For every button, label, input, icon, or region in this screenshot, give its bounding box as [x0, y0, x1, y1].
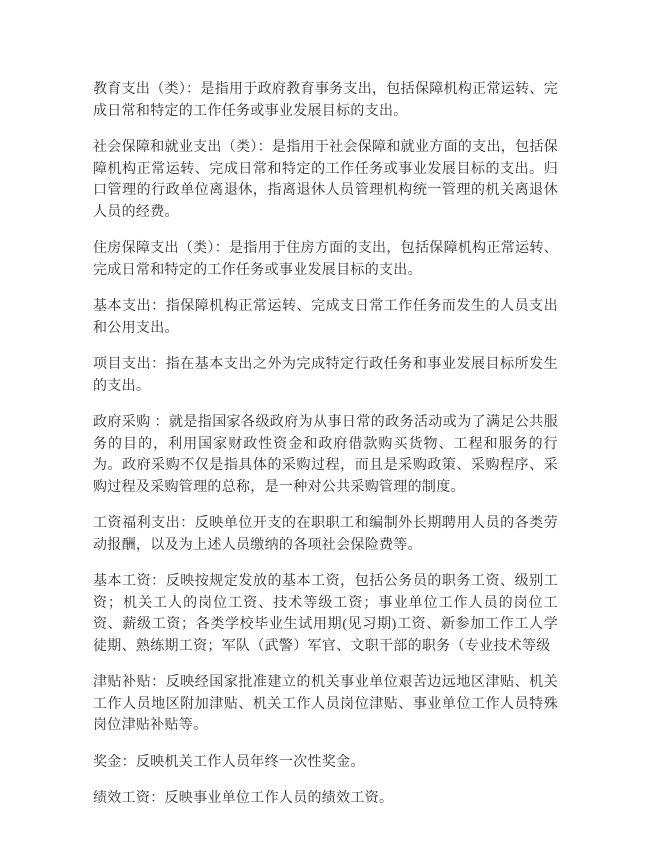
document-page: 教育支出（类）：是指用于政府教育事务支出，包括保障机构正常运转、完成日常和特定的…	[0, 0, 652, 844]
paragraph-social-security-employment-expenditure: 社会保障和就业支出（类）：是指用于社会保障和就业方面的支出，包括保障机构正常运转…	[93, 137, 558, 223]
paragraph-allowance-subsidy: 津贴补贴：反映经国家批准建立的机关事业单位艰苦边远地区津贴、机关工作人员地区附加…	[93, 672, 558, 737]
paragraph-wage-welfare-expenditure: 工资福利支出：反映单位开支的在职职工和编制外长期聘用人员的各类劳动报酬，以及为上…	[93, 513, 558, 556]
paragraph-basic-expenditure: 基本支出：指保障机构正常运转、完成支日常工作任务而发生的人员支出和公用支出。	[93, 296, 558, 339]
paragraph-bonus: 奖金：反映机关工作人员年终一次性奖金。	[93, 752, 558, 774]
paragraph-education-expenditure: 教育支出（类）：是指用于政府教育事务支出，包括保障机构正常运转、完成日常和特定的…	[93, 79, 558, 122]
paragraph-performance-wage: 绩效工资：反映事业单位工作人员的绩效工资。	[93, 788, 558, 810]
paragraph-housing-security-expenditure: 住房保障支出（类）：是指用于住房方面的支出，包括保障机构正常运转、完成日常和特定…	[93, 238, 558, 281]
paragraph-basic-wage: 基本工资：反映按规定发放的基本工资，包括公务员的职务工资、级别工资；机关工人的岗…	[93, 571, 558, 657]
paragraph-project-expenditure: 项目支出：指在基本支出之外为完成特定行政任务和事业发展目标所发生的支出。	[93, 354, 558, 397]
paragraph-government-procurement: 政府采购 ：就是指国家各级政府为从事日常的政务活动或为了满足公共服务的目的，利用…	[93, 412, 558, 498]
